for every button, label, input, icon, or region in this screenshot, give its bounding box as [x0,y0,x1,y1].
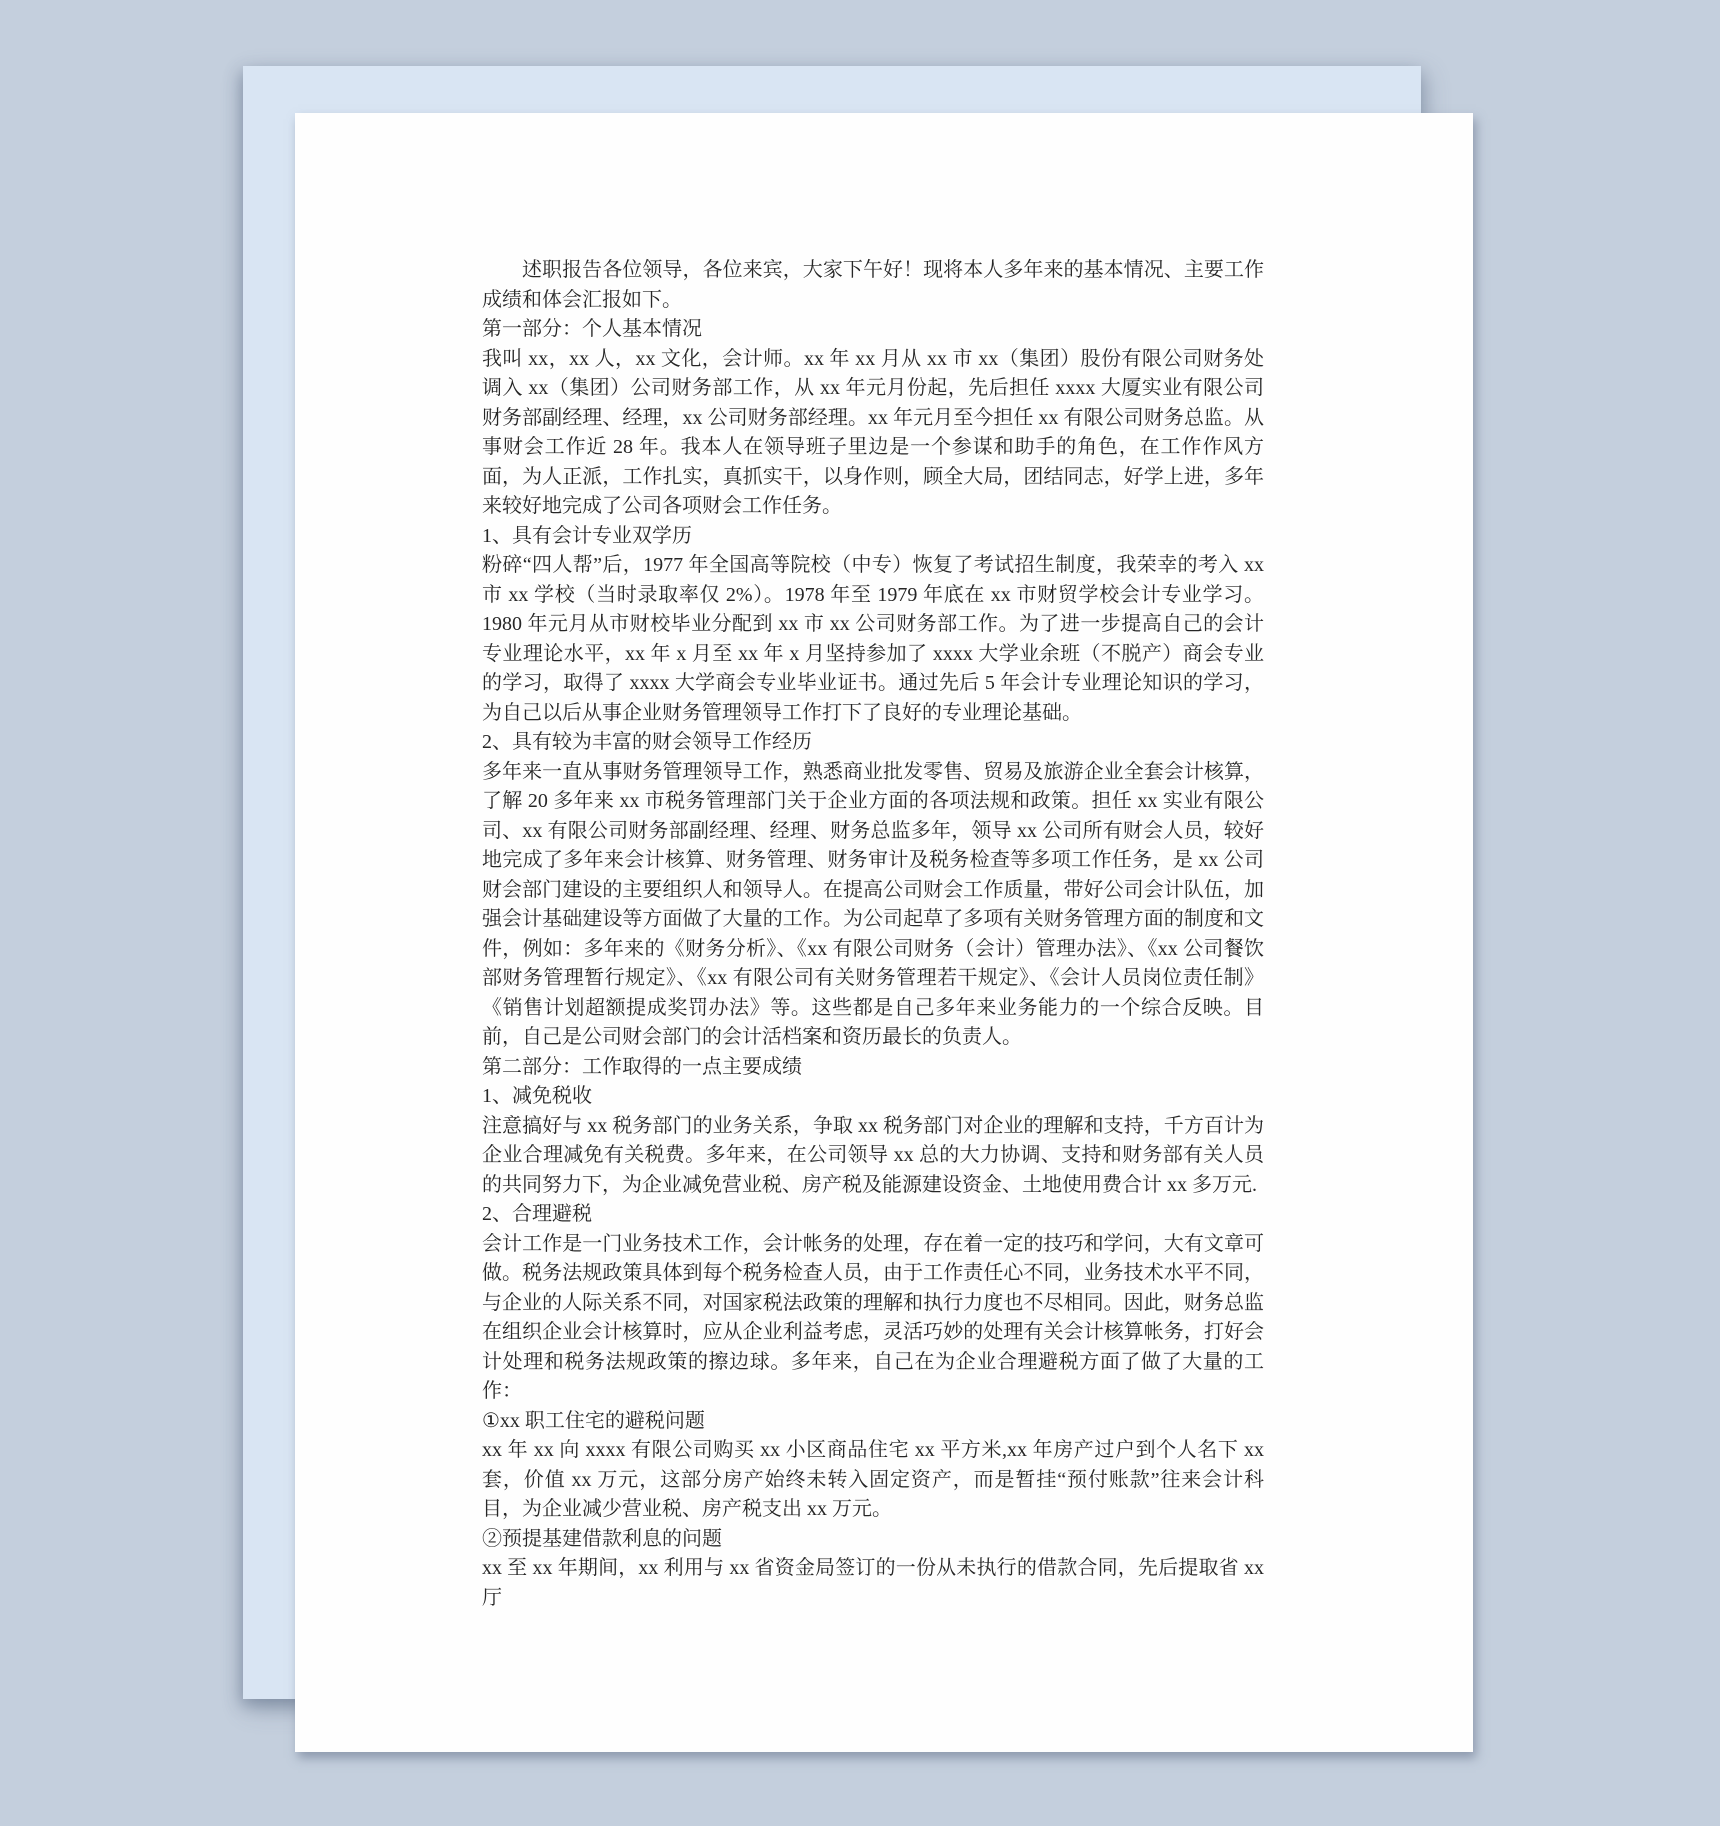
paragraph: 1、减免税收 [482,1082,1264,1112]
paragraph: 粉碎“四人帮”后，1977 年全国高等院校（中专）恢复了考试招生制度，我荣幸的考… [482,551,1264,728]
paragraph: 第二部分：工作取得的一点主要成绩 [482,1053,1264,1083]
document-page: 述职报告各位领导，各位来宾，大家下午好！现将本人多年来的基本情况、主要工作成绩和… [295,113,1473,1752]
paragraph: 述职报告各位领导，各位来宾，大家下午好！现将本人多年来的基本情况、主要工作成绩和… [482,256,1264,315]
paragraph: ②预提基建借款利息的问题 [482,1525,1264,1555]
paragraph: 我叫 xx，xx 人，xx 文化，会计师。xx 年 xx 月从 xx 市 xx（… [482,345,1264,522]
paragraph: 多年来一直从事财务管理领导工作，熟悉商业批发零售、贸易及旅游企业全套会计核算，了… [482,758,1264,1053]
document-text: 述职报告各位领导，各位来宾，大家下午好！现将本人多年来的基本情况、主要工作成绩和… [482,256,1264,1613]
paragraph: ①xx 职工住宅的避税问题 [482,1407,1264,1437]
paragraph: 第一部分：个人基本情况 [482,315,1264,345]
paragraph: 2、具有较为丰富的财会领导工作经历 [482,728,1264,758]
paragraph: 会计工作是一门业务技术工作，会计帐务的处理，存在着一定的技巧和学问，大有文章可做… [482,1230,1264,1407]
paragraph: xx 年 xx 向 xxxx 有限公司购买 xx 小区商品住宅 xx 平方米,x… [482,1436,1264,1525]
paragraph: xx 至 xx 年期间，xx 利用与 xx 省资金局签订的一份从未执行的借款合同… [482,1554,1264,1613]
paragraph: 1、具有会计专业双学历 [482,522,1264,552]
desktop-background: { "page": { "background_color": "#c4cfdd… [0,0,1720,1826]
paragraph: 注意搞好与 xx 税务部门的业务关系，争取 xx 税务部门对企业的理解和支持，千… [482,1112,1264,1201]
paragraph: 2、合理避税 [482,1200,1264,1230]
